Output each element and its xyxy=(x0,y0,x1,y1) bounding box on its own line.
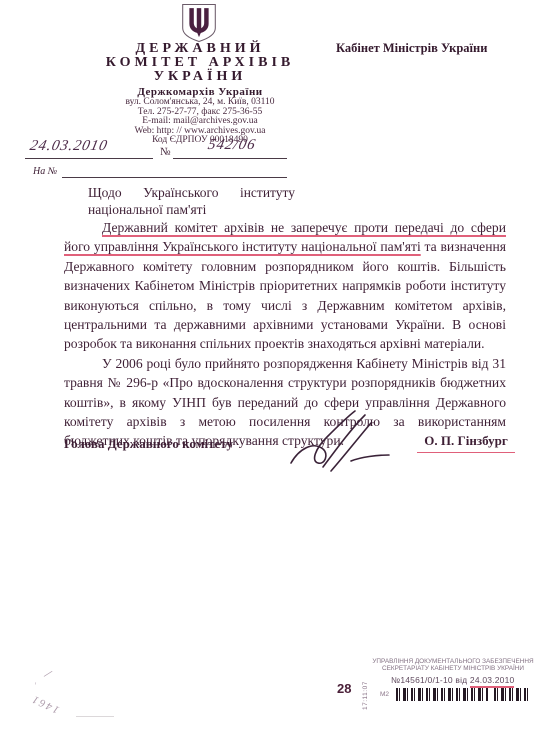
stamp-line2: СЕКРЕТАРІАТУ КАБІНЕТУ МІНІСТРІВ УКРАЇНИ xyxy=(372,665,534,672)
paragraph-1: Державний комітет архівів не заперечує п… xyxy=(64,218,506,354)
org-name-line2: КОМІТЕТ АРХІВІВ xyxy=(55,56,345,70)
barcode-group-1 xyxy=(396,688,488,701)
registration-number: №14561/0/1-10 від 24.03.2010 xyxy=(391,675,536,685)
pen-stroke-mark: / xyxy=(42,666,53,682)
registration-stamp-header: УПРАВЛІННЯ ДОКУМЕНТАЛЬНОГО ЗАБЕЗПЕЧЕННЯ … xyxy=(372,658,534,672)
paragraph-1-rest: та визначення Державного комітету головн… xyxy=(64,239,506,351)
number-symbol: № xyxy=(160,146,171,158)
scan-time: 17:11:07 xyxy=(362,680,369,710)
machine-code: М2 xyxy=(380,691,389,698)
handwritten-signature-icon xyxy=(285,405,405,477)
handwritten-note-rotated: 1461 xyxy=(29,692,61,716)
subject-line: Щодо Українського інституту національної… xyxy=(88,185,295,218)
number-line xyxy=(173,141,287,159)
date-line xyxy=(25,141,153,159)
scanned-letter-page: { "colors": { "ink": "#3e1f35", "red_pen… xyxy=(0,0,540,743)
org-name-line3: УКРАЇНИ xyxy=(55,70,345,84)
reply-reference-label: На № xyxy=(33,166,57,177)
scan-artifact-line xyxy=(76,716,114,717)
pen-dot-mark: ' xyxy=(34,681,36,691)
reply-reference-line xyxy=(62,162,287,178)
recipient: Кабінет Міністрів України xyxy=(336,41,487,56)
registration-number-prefix: №14561/0/1-10 від xyxy=(391,675,470,685)
letterhead-org-block: ДЕРЖАВНИЙ КОМІТЕТ АРХІВІВ УКРАЇНИ Держко… xyxy=(55,42,345,146)
signer-name: О. П. Гінзбург xyxy=(417,433,515,453)
org-name-line1: ДЕРЖАВНИЙ xyxy=(55,42,345,56)
barcode-icon xyxy=(396,688,529,701)
signer-title: Голова Державного комітету xyxy=(64,436,233,452)
ukraine-trident-icon xyxy=(176,3,222,43)
barcode-group-2 xyxy=(494,688,529,701)
registration-date: 24.03.2010 xyxy=(470,675,515,688)
page-number: 28 xyxy=(337,681,351,696)
